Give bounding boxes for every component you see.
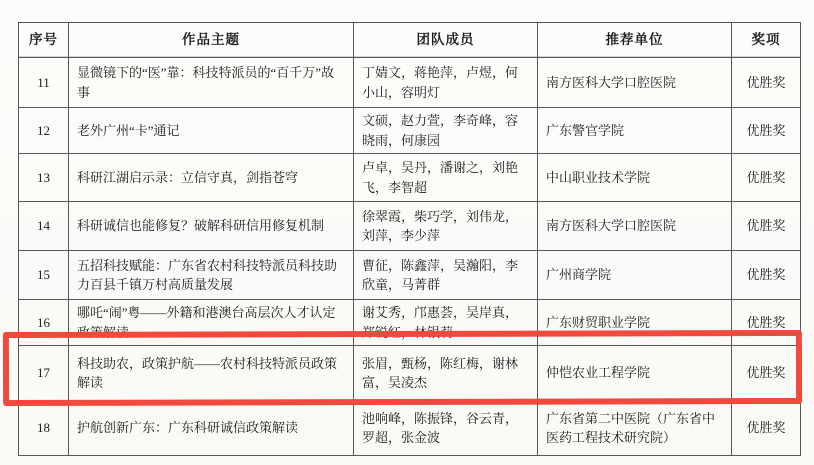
recommending-unit-cell: 广东省第二中医院（广东省中医药工程技术研究院） [538, 401, 732, 456]
work-topic-cell: 显微镜下的“医”靠：科技特派员的“百千万”故事 [69, 58, 354, 108]
column-header-topic: 作品主题 [69, 23, 354, 58]
team-members-cell: 丁婧文，蒋艳萍，卢煜，何小山，容明灯 [354, 58, 538, 108]
row-number-cell: 17 [19, 346, 69, 401]
row-number-cell: 12 [19, 108, 69, 154]
work-topic-cell: 老外广州“卡”通记 [69, 108, 354, 154]
table-row: 13 科研江湖启示录：立信守真，剑指苍穹 卢卓，吴丹，潘谢之，刘艳飞，李智超 中… [19, 154, 801, 202]
scanned-document-page: 序号 作品主题 团队成员 推荐单位 奖项 11 显微镜下的“医”靠：科技特派员的… [0, 0, 814, 465]
recommending-unit-cell: 中山职业技术学院 [538, 154, 732, 202]
table-header-row: 序号 作品主题 团队成员 推荐单位 奖项 [19, 23, 801, 58]
table-row: 11 显微镜下的“医”靠：科技特派员的“百千万”故事 丁婧文，蒋艳萍，卢煜，何小… [19, 58, 801, 108]
table-row: 14 科研诚信也能修复？破解科研信用修复机制 徐翠霞，柴巧学，刘伟龙，刘萍，李少… [19, 202, 801, 251]
row-number-cell: 13 [19, 154, 69, 202]
row-number-cell: 15 [19, 251, 69, 300]
award-cell: 优胜奖 [732, 202, 801, 251]
table-header: 序号 作品主题 团队成员 推荐单位 奖项 [19, 23, 801, 58]
column-header-index: 序号 [19, 23, 69, 58]
team-members-cell: 曹征，陈鑫萍，吴瀚阳，李欣童，马菁群 [354, 251, 538, 300]
column-header-award: 奖项 [732, 23, 801, 58]
row-number-cell: 11 [19, 58, 69, 108]
recommending-unit-cell: 南方医科大学口腔医院 [538, 202, 732, 251]
award-list-table: 序号 作品主题 团队成员 推荐单位 奖项 11 显微镜下的“医”靠：科技特派员的… [18, 22, 801, 456]
team-members-cell: 文硕，赵力萱，李奇峰，容晓雨，何康园 [354, 108, 538, 154]
table-row: 15 五招科技赋能：广东省农村科技特派员科技助力百县千镇万村高质量发展 曹征，陈… [19, 251, 801, 300]
work-topic-cell: 科技助农，政策护航——农村科技特派员政策解读 [69, 346, 354, 401]
award-cell: 优胜奖 [732, 251, 801, 300]
recommending-unit-cell: 广东警官学院 [538, 108, 732, 154]
table-body: 11 显微镜下的“医”靠：科技特派员的“百千万”故事 丁婧文，蒋艳萍，卢煜，何小… [19, 58, 801, 456]
award-cell: 优胜奖 [732, 346, 801, 401]
row-number-cell: 18 [19, 401, 69, 456]
award-cell: 优胜奖 [732, 108, 801, 154]
table-row: 17 科技助农，政策护航——农村科技特派员政策解读 张眉，甄杨，陈红梅，谢林富，… [19, 346, 801, 401]
award-cell: 优胜奖 [732, 58, 801, 108]
table-row: 12 老外广州“卡”通记 文硕，赵力萱，李奇峰，容晓雨，何康园 广东警官学院 优… [19, 108, 801, 154]
award-cell: 优胜奖 [732, 154, 801, 202]
table-row: 18 护航创新广东：广东科研诚信政策解读 池响峰，陈振锋，谷云青，罗超，张金波 … [19, 401, 801, 456]
recommending-unit-cell: 仲恺农业工程学院 [538, 346, 732, 401]
team-members-cell: 谢艾秀，邝惠荟，吴岸真，郑锐红，林银莉 [354, 300, 538, 346]
work-topic-cell: 科研江湖启示录：立信守真，剑指苍穹 [69, 154, 354, 202]
award-cell: 优胜奖 [732, 401, 801, 456]
column-header-members: 团队成员 [354, 23, 538, 58]
recommending-unit-cell: 南方医科大学口腔医院 [538, 58, 732, 108]
team-members-cell: 张眉，甄杨，陈红梅，谢林富，吴凌杰 [354, 346, 538, 401]
work-topic-cell: 五招科技赋能：广东省农村科技特派员科技助力百县千镇万村高质量发展 [69, 251, 354, 300]
team-members-cell: 池响峰，陈振锋，谷云青，罗超，张金波 [354, 401, 538, 456]
team-members-cell: 徐翠霞，柴巧学，刘伟龙，刘萍，李少萍 [354, 202, 538, 251]
award-cell: 优胜奖 [732, 300, 801, 346]
team-members-cell: 卢卓，吴丹，潘谢之，刘艳飞，李智超 [354, 154, 538, 202]
table-row: 16 哪吒“闹”粤——外籍和港澳台高层次人才认定政策解读 谢艾秀，邝惠荟，吴岸真… [19, 300, 801, 346]
work-topic-cell: 护航创新广东：广东科研诚信政策解读 [69, 401, 354, 456]
column-header-unit: 推荐单位 [538, 23, 732, 58]
recommending-unit-cell: 广东财贸职业学院 [538, 300, 732, 346]
work-topic-cell: 科研诚信也能修复？破解科研信用修复机制 [69, 202, 354, 251]
recommending-unit-cell: 广州商学院 [538, 251, 732, 300]
work-topic-cell: 哪吒“闹”粤——外籍和港澳台高层次人才认定政策解读 [69, 300, 354, 346]
row-number-cell: 14 [19, 202, 69, 251]
row-number-cell: 16 [19, 300, 69, 346]
